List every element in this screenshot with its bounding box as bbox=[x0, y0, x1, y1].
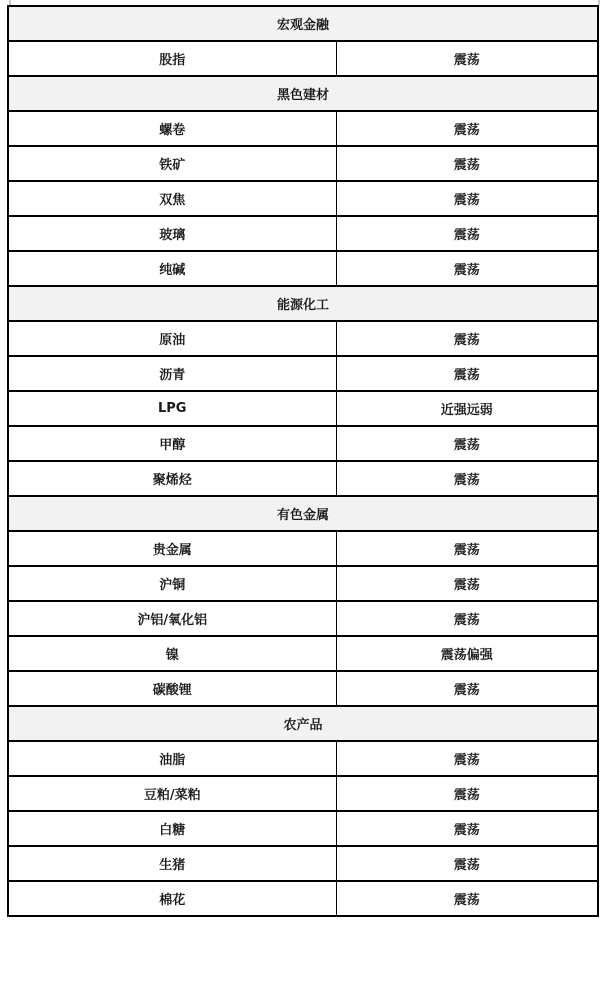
commodity-name-cell: 生猪 bbox=[8, 846, 336, 881]
commodity-name-cell: 铁矿 bbox=[8, 146, 336, 181]
commodity-name-cell: 白糖 bbox=[8, 811, 336, 846]
commodity-name-cell: 股指 bbox=[8, 41, 336, 76]
outlook-view-cell: 近强远弱 bbox=[336, 391, 598, 426]
outlook-view-cell: 震荡 bbox=[336, 811, 598, 846]
commodity-name-cell: 双焦 bbox=[8, 181, 336, 216]
outlook-view-cell: 震荡 bbox=[336, 216, 598, 251]
outlook-view-cell: 震荡 bbox=[336, 531, 598, 566]
commodity-name-cell: 油脂 bbox=[8, 741, 336, 776]
table-row: LPG近强远弱 bbox=[8, 391, 598, 426]
outlook-view-cell: 震荡偏强 bbox=[336, 636, 598, 671]
commodity-name-cell: 沪铝/氧化铝 bbox=[8, 601, 336, 636]
outlook-view-cell: 震荡 bbox=[336, 881, 598, 916]
outlook-view-cell: 震荡 bbox=[336, 566, 598, 601]
page: { "table": { "sections": [ { "title": "宏… bbox=[0, 0, 605, 983]
outlook-view-cell: 震荡 bbox=[336, 321, 598, 356]
outlook-view-cell: 震荡 bbox=[336, 181, 598, 216]
section-title: 能源化工 bbox=[8, 286, 598, 321]
outlook-view-cell: 震荡 bbox=[336, 356, 598, 391]
section-header-row: 宏观金融 bbox=[8, 6, 598, 41]
table-body: 宏观金融股指震荡黑色建材螺卷震荡铁矿震荡双焦震荡玻璃震荡纯碱震荡能源化工原油震荡… bbox=[8, 6, 598, 916]
table-row: 棉花震荡 bbox=[8, 881, 598, 916]
outlook-view-cell: 震荡 bbox=[336, 426, 598, 461]
commodity-name-cell: 原油 bbox=[8, 321, 336, 356]
commodity-name-cell: 碳酸锂 bbox=[8, 671, 336, 706]
commodity-name-cell: 螺卷 bbox=[8, 111, 336, 146]
commodity-name-cell: 贵金属 bbox=[8, 531, 336, 566]
outlook-view-cell: 震荡 bbox=[336, 111, 598, 146]
table-row: 镍震荡偏强 bbox=[8, 636, 598, 671]
table-row: 沪铝/氧化铝震荡 bbox=[8, 601, 598, 636]
table-row: 玻璃震荡 bbox=[8, 216, 598, 251]
section-header-row: 能源化工 bbox=[8, 286, 598, 321]
section-title: 黑色建材 bbox=[8, 76, 598, 111]
outlook-view-cell: 震荡 bbox=[336, 601, 598, 636]
table-row: 螺卷震荡 bbox=[8, 111, 598, 146]
outlook-view-cell: 震荡 bbox=[336, 776, 598, 811]
table-row: 甲醇震荡 bbox=[8, 426, 598, 461]
section-title: 农产品 bbox=[8, 706, 598, 741]
section-header-row: 农产品 bbox=[8, 706, 598, 741]
commodity-name-cell: 纯碱 bbox=[8, 251, 336, 286]
commodity-name-cell: 甲醇 bbox=[8, 426, 336, 461]
outlook-view-cell: 震荡 bbox=[336, 671, 598, 706]
table-row: 碳酸锂震荡 bbox=[8, 671, 598, 706]
commodity-name-cell: LPG bbox=[8, 391, 336, 426]
table-row: 沥青震荡 bbox=[8, 356, 598, 391]
outlook-view-cell: 震荡 bbox=[336, 741, 598, 776]
outlook-view-cell: 震荡 bbox=[336, 461, 598, 496]
section-title: 有色金属 bbox=[8, 496, 598, 531]
commodity-name-cell: 豆粕/菜粕 bbox=[8, 776, 336, 811]
commodity-name-cell: 棉花 bbox=[8, 881, 336, 916]
section-header-row: 黑色建材 bbox=[8, 76, 598, 111]
section-title: 宏观金融 bbox=[8, 6, 598, 41]
commodity-name-cell: 沥青 bbox=[8, 356, 336, 391]
table-row: 聚烯烃震荡 bbox=[8, 461, 598, 496]
commodity-name-cell: 沪铜 bbox=[8, 566, 336, 601]
outlook-view-cell: 震荡 bbox=[336, 41, 598, 76]
commodity-name-cell: 玻璃 bbox=[8, 216, 336, 251]
outlook-view-cell: 震荡 bbox=[336, 251, 598, 286]
table-row: 铁矿震荡 bbox=[8, 146, 598, 181]
table-row: 白糖震荡 bbox=[8, 811, 598, 846]
table-row: 豆粕/菜粕震荡 bbox=[8, 776, 598, 811]
table-row: 沪铜震荡 bbox=[8, 566, 598, 601]
market-outlook-table: 宏观金融股指震荡黑色建材螺卷震荡铁矿震荡双焦震荡玻璃震荡纯碱震荡能源化工原油震荡… bbox=[7, 5, 599, 917]
table-row: 贵金属震荡 bbox=[8, 531, 598, 566]
commodity-name-cell: 镍 bbox=[8, 636, 336, 671]
section-header-row: 有色金属 bbox=[8, 496, 598, 531]
table-row: 股指震荡 bbox=[8, 41, 598, 76]
table-row: 双焦震荡 bbox=[8, 181, 598, 216]
commodity-name-cell: 聚烯烃 bbox=[8, 461, 336, 496]
table-row: 油脂震荡 bbox=[8, 741, 598, 776]
outlook-view-cell: 震荡 bbox=[336, 846, 598, 881]
outlook-view-cell: 震荡 bbox=[336, 146, 598, 181]
table-row: 生猪震荡 bbox=[8, 846, 598, 881]
table-row: 纯碱震荡 bbox=[8, 251, 598, 286]
table-row: 原油震荡 bbox=[8, 321, 598, 356]
